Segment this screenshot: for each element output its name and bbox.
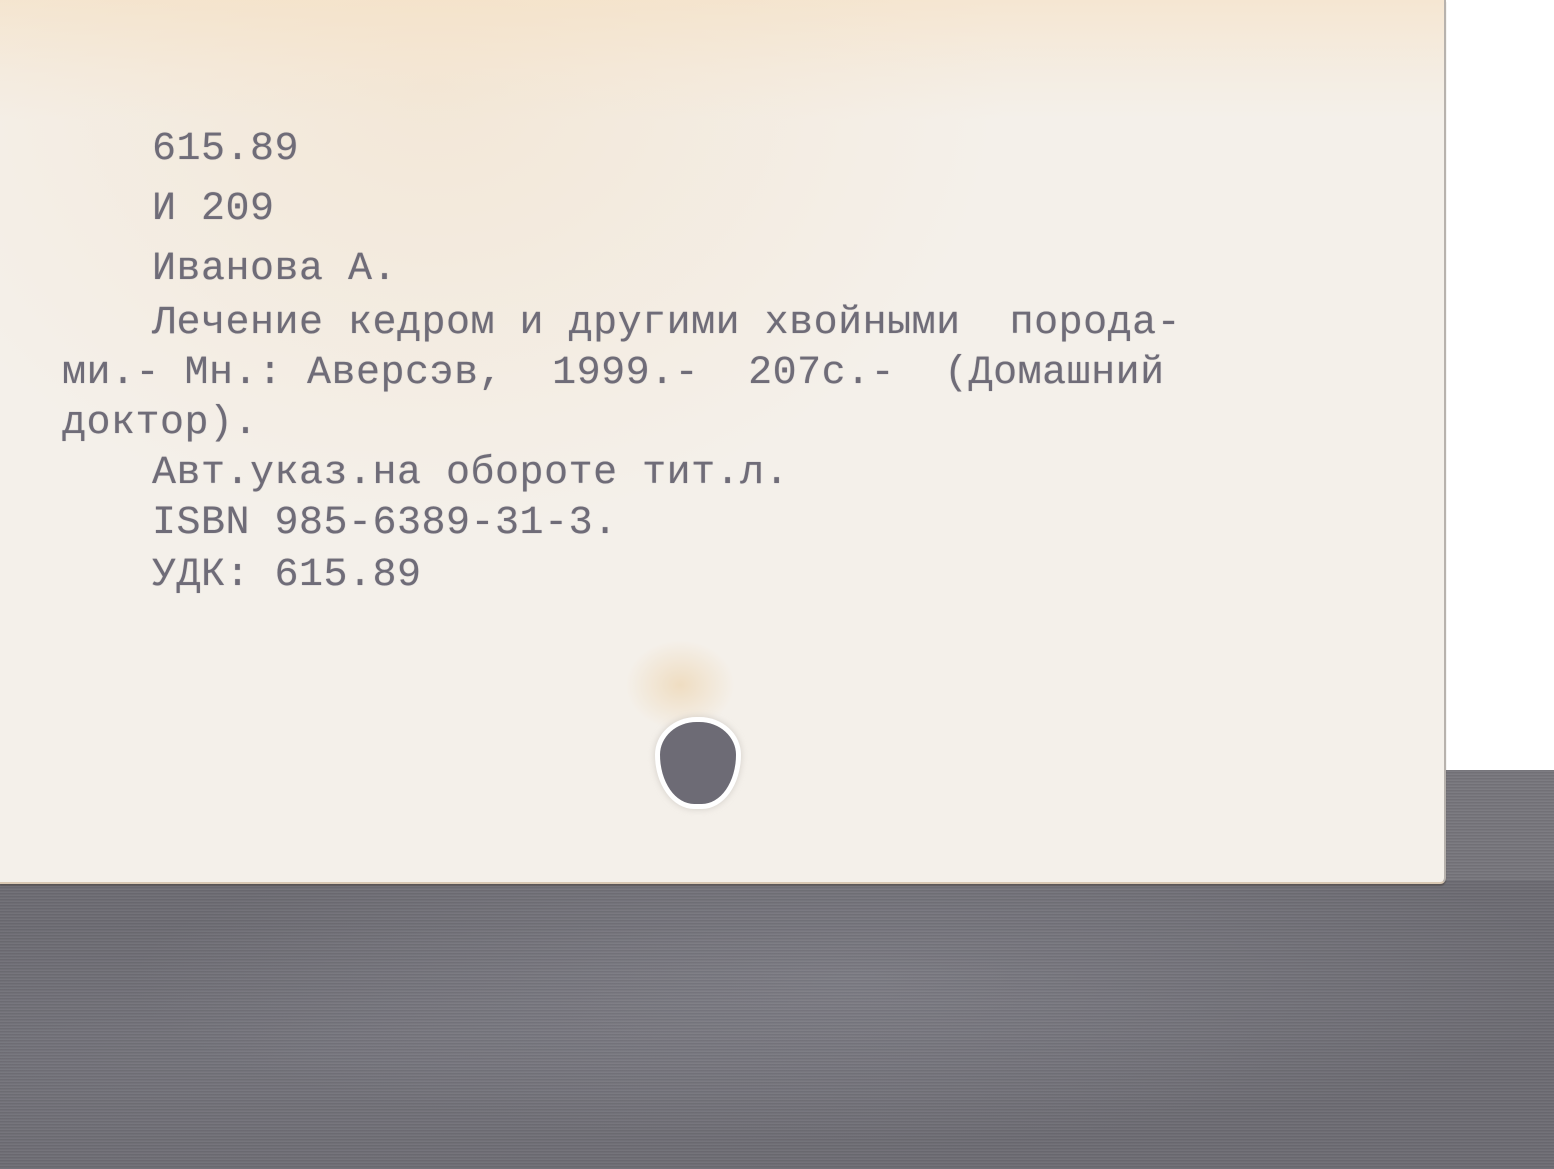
description-line-1: Лечение кедром и другими хвойными порода… [152,304,1181,344]
description-line-3: доктор). [62,404,258,444]
udc-code: УДК: 615.89 [152,556,422,596]
catalog-card: 615.89 И 209 Иванова А. Лечение кедром и… [0,0,1446,884]
isbn: ISBN 985-6389-31-3. [152,504,618,544]
description-line-2: ми.- Мн.: Аверсэв, 1999.- 207с.- (Домашн… [62,354,1165,394]
author-note: Авт.указ.на обороте тит.л. [152,454,789,494]
call-number: 615.89 [152,130,299,170]
author-name: Иванова А. [152,250,397,290]
stain-mark [625,640,735,730]
author-mark: И 209 [152,190,275,230]
background-right-margin [1444,0,1554,880]
background-surface [0,880,1554,1169]
background-surface-corner [1444,770,1554,880]
punch-hole-icon [660,722,736,804]
